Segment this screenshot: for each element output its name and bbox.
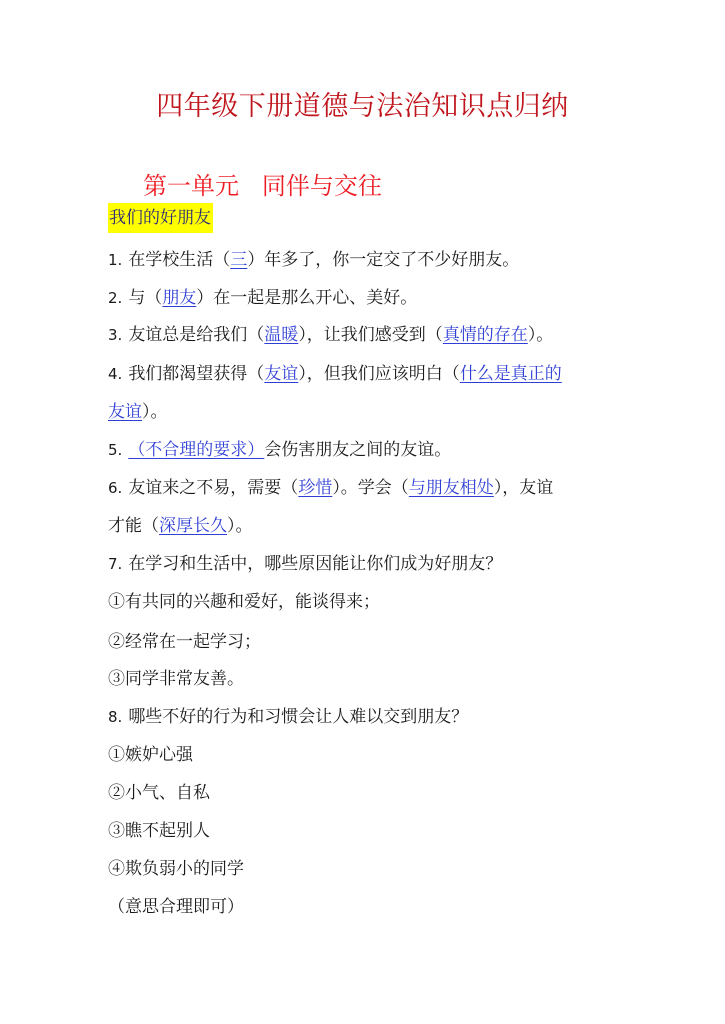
line-text: ③瞧不起别人 xyxy=(108,821,210,841)
unit-heading: 第一单元 同伴与交往 xyxy=(143,166,382,201)
line-text: ）。学会（ xyxy=(332,478,409,498)
content-line: 3.友谊总是给我们（温暖），让我们感受到（真情的存在）。 xyxy=(108,323,553,347)
answer-blank: 友谊 xyxy=(264,364,298,384)
line-text: ③同学非常友善。 xyxy=(108,669,244,689)
item-number: 8. xyxy=(108,708,122,726)
answer-blank: 与朋友相处 xyxy=(409,478,494,498)
content-line: ①嫉妒心强 xyxy=(108,743,193,767)
line-text: ②经常在一起学习； xyxy=(108,632,261,652)
line-text: ②小气、自私 xyxy=(108,783,210,803)
content-line: 6.友谊来之不易，需要（珍惜）。学会（与朋友相处），友谊 xyxy=(108,476,553,500)
item-number: 2. xyxy=(108,289,122,307)
line-text: 与（ xyxy=(128,288,162,308)
line-text: 会伤害朋友之间的友谊。 xyxy=(264,440,451,460)
answer-blank: 三 xyxy=(230,250,247,270)
content-line: ③同学非常友善。 xyxy=(108,667,244,691)
line-text: ），友谊 xyxy=(494,478,554,498)
content-line: 友谊）。 xyxy=(108,400,168,424)
document-title: 四年级下册道德与法治知识点归纳 xyxy=(0,84,725,123)
line-text: ）。 xyxy=(142,402,168,422)
content-line: （意思合理即可） xyxy=(108,895,244,919)
content-line: ③瞧不起别人 xyxy=(108,819,210,843)
answer-blank: 真情的存在 xyxy=(443,325,528,345)
line-text: ）。 xyxy=(528,325,554,345)
answer-blank: 深厚长久 xyxy=(159,516,227,536)
content-line: 4.我们都渴望获得（友谊），但我们应该明白（什么是真正的 xyxy=(108,362,562,386)
line-text: ①嫉妒心强 xyxy=(108,745,193,765)
line-text: 在学校生活（ xyxy=(128,250,230,270)
line-text: 哪些不好的行为和习惯会让人难以交到朋友？ xyxy=(128,707,468,727)
answer-blank: （不合理的要求） xyxy=(128,440,264,460)
item-number: 7. xyxy=(108,555,122,573)
line-text: 才能（ xyxy=(108,516,159,536)
item-number: 4. xyxy=(108,365,122,383)
line-text: ）在一起是那么开心、美好。 xyxy=(196,288,417,308)
item-number: 5. xyxy=(108,441,122,459)
item-number: 6. xyxy=(108,479,122,497)
answer-blank: 友谊 xyxy=(108,402,142,422)
line-text: ①有共同的兴趣和爱好，能谈得来； xyxy=(108,592,380,612)
content-line: 才能（深厚长久）。 xyxy=(108,514,253,538)
line-text: ④欺负弱小的同学 xyxy=(108,859,244,879)
content-line: 5.（不合理的要求）会伤害朋友之间的友谊。 xyxy=(108,438,451,462)
line-text: 友谊总是给我们（ xyxy=(128,325,264,345)
line-text: 在学习和生活中，哪些原因能让你们成为好朋友？ xyxy=(128,554,502,574)
answer-blank: 什么是真正的 xyxy=(460,364,562,384)
document-page: 四年级下册道德与法治知识点归纳 第一单元 同伴与交往 我们的好朋友 1.在学校生… xyxy=(0,0,725,1024)
line-text: ），让我们感受到（ xyxy=(298,325,443,345)
answer-blank: 朋友 xyxy=(162,288,196,308)
content-line: ②经常在一起学习； xyxy=(108,630,261,654)
content-line: 8.哪些不好的行为和习惯会让人难以交到朋友？ xyxy=(108,705,468,729)
line-text: （意思合理即可） xyxy=(108,897,244,917)
content-line: ④欺负弱小的同学 xyxy=(108,857,244,881)
section-heading-highlighted: 我们的好朋友 xyxy=(108,203,213,233)
content-line: 1.在学校生活（三）年多了，你一定交了不少好朋友。 xyxy=(108,248,519,272)
item-number: 3. xyxy=(108,326,122,344)
content-line: ①有共同的兴趣和爱好，能谈得来； xyxy=(108,590,380,614)
line-text: 友谊来之不易，需要（ xyxy=(128,478,298,498)
item-number: 1. xyxy=(108,251,122,269)
answer-blank: 温暖 xyxy=(264,325,298,345)
content-line: ②小气、自私 xyxy=(108,781,210,805)
line-text: 我们都渴望获得（ xyxy=(128,364,264,384)
line-text: ）年多了，你一定交了不少好朋友。 xyxy=(247,250,519,270)
line-text: ），但我们应该明白（ xyxy=(298,364,460,384)
answer-blank: 珍惜 xyxy=(298,478,332,498)
content-line: 7.在学习和生活中，哪些原因能让你们成为好朋友？ xyxy=(108,552,502,576)
content-line: 2.与（朋友）在一起是那么开心、美好。 xyxy=(108,286,417,310)
line-text: ）。 xyxy=(227,516,253,536)
